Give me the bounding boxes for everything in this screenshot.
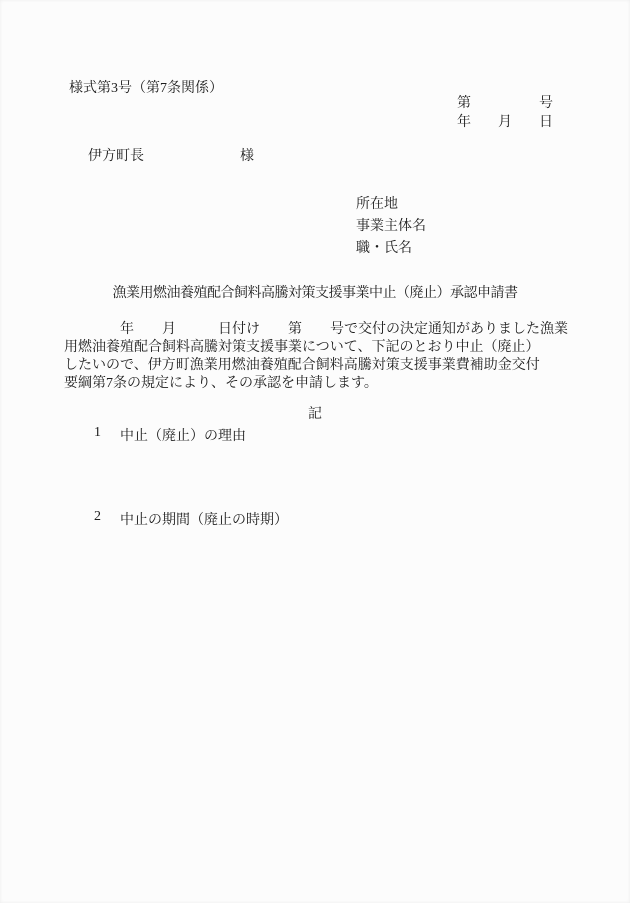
body-line: したいので、伊方町漁業用燃油養殖配合飼料高騰対策支援事業費補助金交付 [64,357,584,375]
list-item-reason: 1 中止（廃止）の理由 [0,425,630,445]
item-label: 中止の期間（廃止の時期） [120,509,288,529]
sender-field-entity-name: 事業主体名 [356,216,426,238]
doc-number-suffix: 号 [539,92,553,111]
recipient-line: 伊方町長様 [88,145,254,165]
recipient-honorific: 様 [240,149,254,164]
doc-number-prefix: 第 [457,92,471,111]
list-item-period: 2 中止の期間（廃止の時期） [0,509,630,529]
document-number-block: 第 号 年 月 日 [457,92,553,130]
form-number: 様式第3号（第7条関係） [69,77,223,97]
document-number-line: 第 号 [457,92,553,111]
body-line: 年 月 日付け 第 号で交付の決定通知がありました漁業 [64,321,584,339]
body-line: 要綱第7条の規定により、その承認を申請します。 [64,375,584,393]
document-page: 様式第3号（第7条関係） 第 号 年 月 日 伊方町長様 所在地 事業主体名 職… [0,0,630,903]
date-year-label: 年 [457,111,471,130]
body-paragraph: 年 月 日付け 第 号で交付の決定通知がありました漁業 用燃油養殖配合飼料高騰対… [64,321,584,393]
recipient-name: 伊方町長 [88,149,144,164]
item-number: 1 [94,425,101,445]
item-label: 中止（廃止）の理由 [120,425,246,445]
date-day-label: 日 [539,111,553,130]
sender-block: 所在地 事業主体名 職・氏名 [356,194,426,260]
sender-field-title-name: 職・氏名 [356,238,426,260]
date-month-label: 月 [498,111,512,130]
date-line: 年 月 日 [457,111,553,130]
sender-field-address: 所在地 [356,194,426,216]
body-line: 用燃油養殖配合飼料高騰対策支援事業について、下記のとおり中止（廃止） [64,339,584,357]
item-number: 2 [94,509,101,529]
document-title: 漁業用燃油養殖配合飼料高騰対策支援事業中止（廃止）承認申請書 [0,282,630,302]
record-marker: 記 [0,403,630,423]
